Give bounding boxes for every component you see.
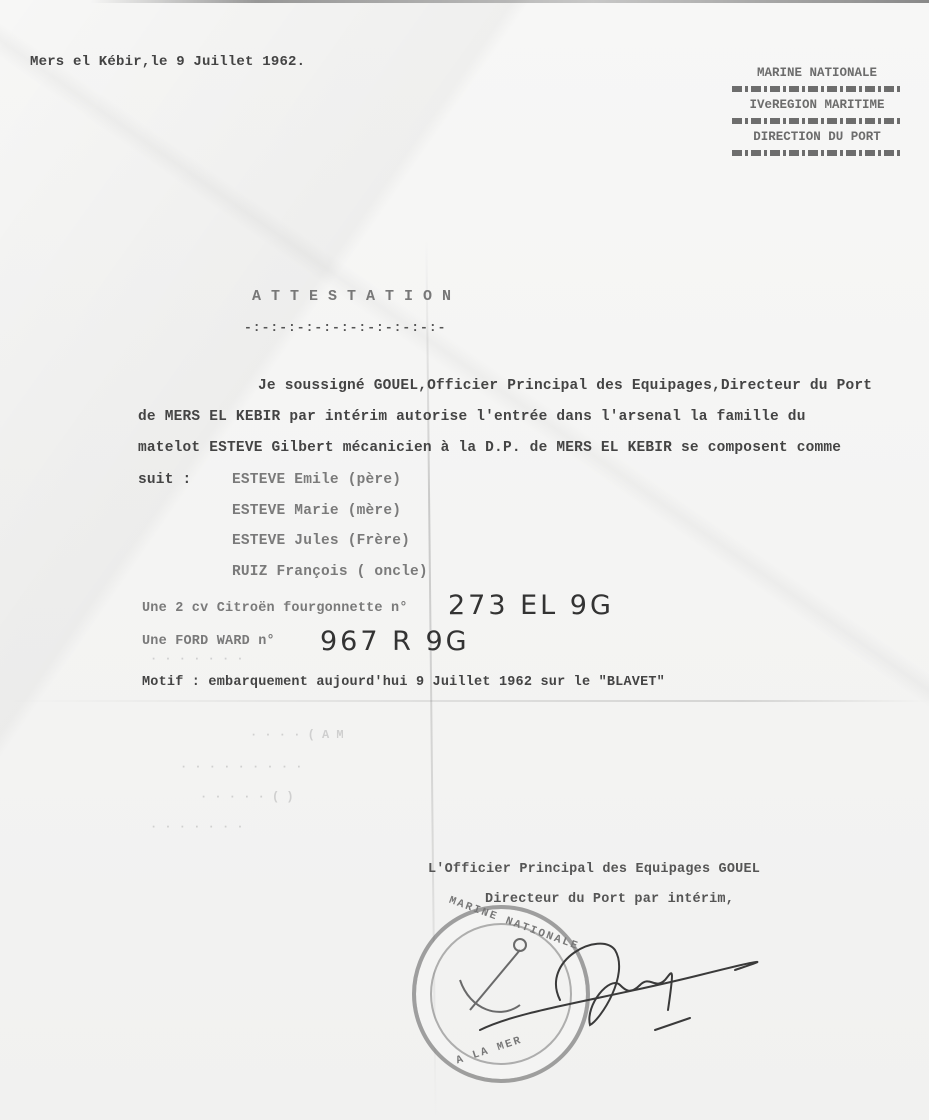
document-page: Mers el Kébir,le 9 Juillet 1962. MARINE … [0, 0, 929, 1120]
signature [0, 0, 929, 1120]
anchor-icon [470, 950, 520, 1010]
